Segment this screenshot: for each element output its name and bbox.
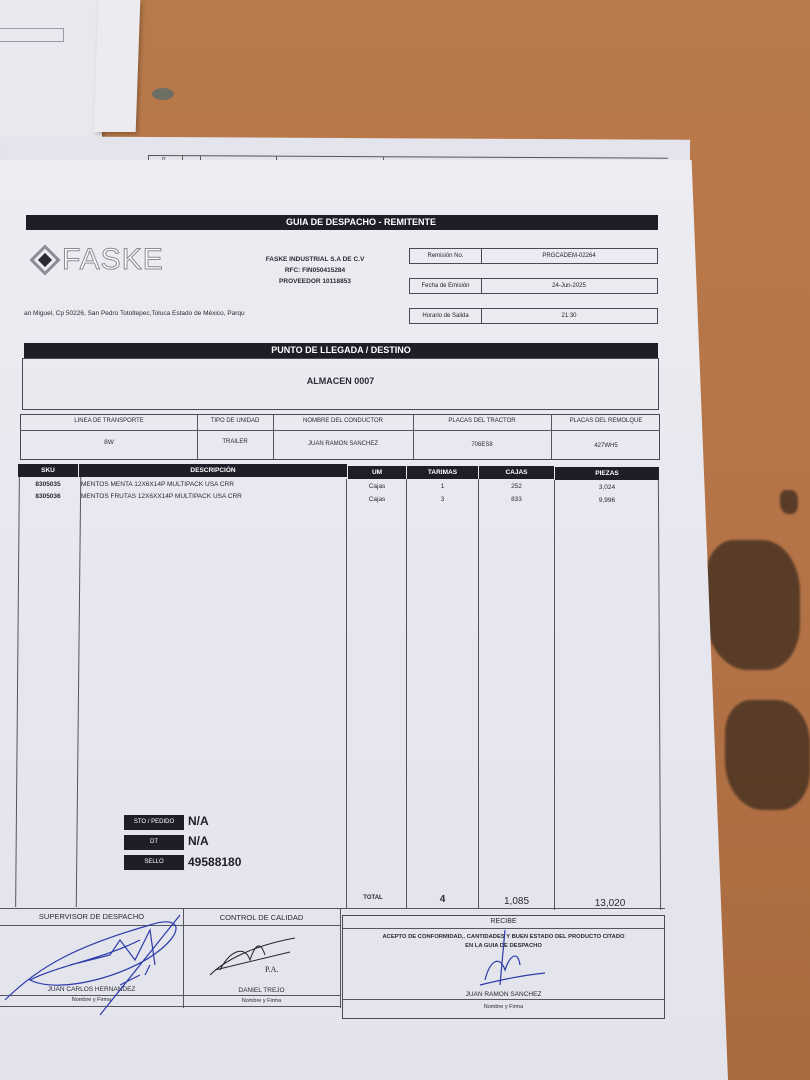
destination-header: PUNTO DE LLEGADA / DESTINO <box>24 343 658 358</box>
sello-label: SELLO <box>124 855 184 870</box>
transport-table: LINEA DE TRANSPORTE TIPO DE UNIDAD NOMBR… <box>20 414 660 460</box>
quality-header: CONTROL DE CALIDAD <box>183 913 340 922</box>
logo-text: FASKE <box>62 243 164 277</box>
company-rfc: RFC: FIN050415284 <box>240 267 390 274</box>
total-tarimas: 4 <box>407 894 478 905</box>
cajas-cell: 833 <box>479 496 554 503</box>
remision-label: Remisión No. <box>410 249 482 263</box>
desk-stain <box>705 540 800 670</box>
transport-header-line: LINEA DE TRANSPORTE <box>21 418 197 424</box>
faske-logo: FASKE <box>34 243 164 277</box>
items-header-piezas: PIEZAS <box>555 467 659 480</box>
sku-cell: 8305036 <box>18 493 78 500</box>
remision-value: PRGCADEM-02264 <box>481 249 657 263</box>
total-cajas: 1,085 <box>479 896 554 907</box>
document-title: GUIA DE DESPACHO - REMITENTE <box>26 215 658 230</box>
items-header-sku: SKU <box>18 464 78 477</box>
transport-header-unit: TIPO DE UNIDAD <box>197 418 273 424</box>
transport-header-trailer: PLACAS DEL REMOLQUE <box>551 418 661 424</box>
items-header-description: DESCRIPCIÓN <box>79 464 347 477</box>
transport-header-tractor: PLACAS DEL TRACTOR <box>413 418 551 424</box>
transport-line-value: 8W <box>21 439 197 446</box>
sku-cell: 8305035 <box>18 481 78 488</box>
um-cell: Cajas <box>348 496 406 503</box>
emission-date-label: Fecha de Emisión <box>410 279 482 293</box>
destination-value: ALMACEN 0007 <box>23 376 658 386</box>
total-label: TOTAL <box>348 895 398 901</box>
items-header-um: UM <box>348 466 406 479</box>
departure-time-value: 21:30 <box>481 309 657 323</box>
cajas-cell: 252 <box>479 483 554 490</box>
dt-label: DT <box>124 835 184 850</box>
company-address: an Miguel, Cp 50226, San Pedro Totoltepe… <box>24 310 245 317</box>
sto-pedido-label: STO / PEDIDO <box>124 815 184 830</box>
desk-stain <box>780 490 798 514</box>
trailer-plates-value: 427WH5 <box>551 443 661 449</box>
receiver-signature <box>470 925 550 995</box>
quality-signature-note: P.A. <box>265 965 278 974</box>
receiver-caption: Nombre y Firma <box>343 1004 664 1010</box>
um-cell: Cajas <box>348 483 406 490</box>
sello-value: 49588180 <box>188 855 241 869</box>
destination-box: ALMACEN 0007 <box>22 358 659 410</box>
emission-date-field: Fecha de Emisión 24-Jun-2025 <box>409 278 658 294</box>
departure-time-label: Horario de Salida <box>410 309 482 323</box>
tarimas-cell: 1 <box>407 483 478 490</box>
tarimas-cell: 3 <box>407 496 478 503</box>
background-paper <box>0 0 102 150</box>
remision-field: Remisión No. PRGCADEM-02264 <box>409 248 658 264</box>
departure-time-field: Horario de Salida 21:30 <box>409 308 658 324</box>
quality-caption: Nombre y Firma <box>183 998 340 1004</box>
background-paper <box>94 0 141 132</box>
driver-name-value: JUAN RAMON SANCHEZ <box>273 441 413 447</box>
unit-type-value: TRAILER <box>197 439 273 445</box>
pushpin <box>152 88 174 100</box>
tractor-plates-value: 706ES8 <box>413 442 551 448</box>
company-name: FASKE INDUSTRIAL S.A DE C.V <box>240 256 390 263</box>
supplier-number: PROVEEDOR 10118853 <box>240 278 390 285</box>
piezas-cell: 9,996 <box>555 497 659 504</box>
quality-signature: P.A. <box>205 930 315 990</box>
description-cell: MENTOS FRUTAS 12X6XX14P MULTIPACK USA CR… <box>81 493 242 500</box>
items-header-cajas: CAJAS <box>479 466 554 479</box>
items-header-tarimas: TARIMAS <box>407 466 478 479</box>
emission-date-value: 24-Jun-2025 <box>481 279 657 293</box>
desk-stain <box>725 700 810 810</box>
receiver-header: RECIBE <box>343 918 664 925</box>
description-cell: MENTOS MENTA 12X6X14P MULTIPACK USA CRR <box>81 481 234 488</box>
supervisor-signature <box>0 905 200 1020</box>
logo-diamond-icon <box>29 244 60 275</box>
dt-value: N/A <box>188 834 209 848</box>
sto-pedido-value: N/A <box>188 814 209 828</box>
transport-header-driver: NOMBRE DEL CONDUCTOR <box>273 418 413 424</box>
piezas-cell: 3,024 <box>555 484 659 491</box>
